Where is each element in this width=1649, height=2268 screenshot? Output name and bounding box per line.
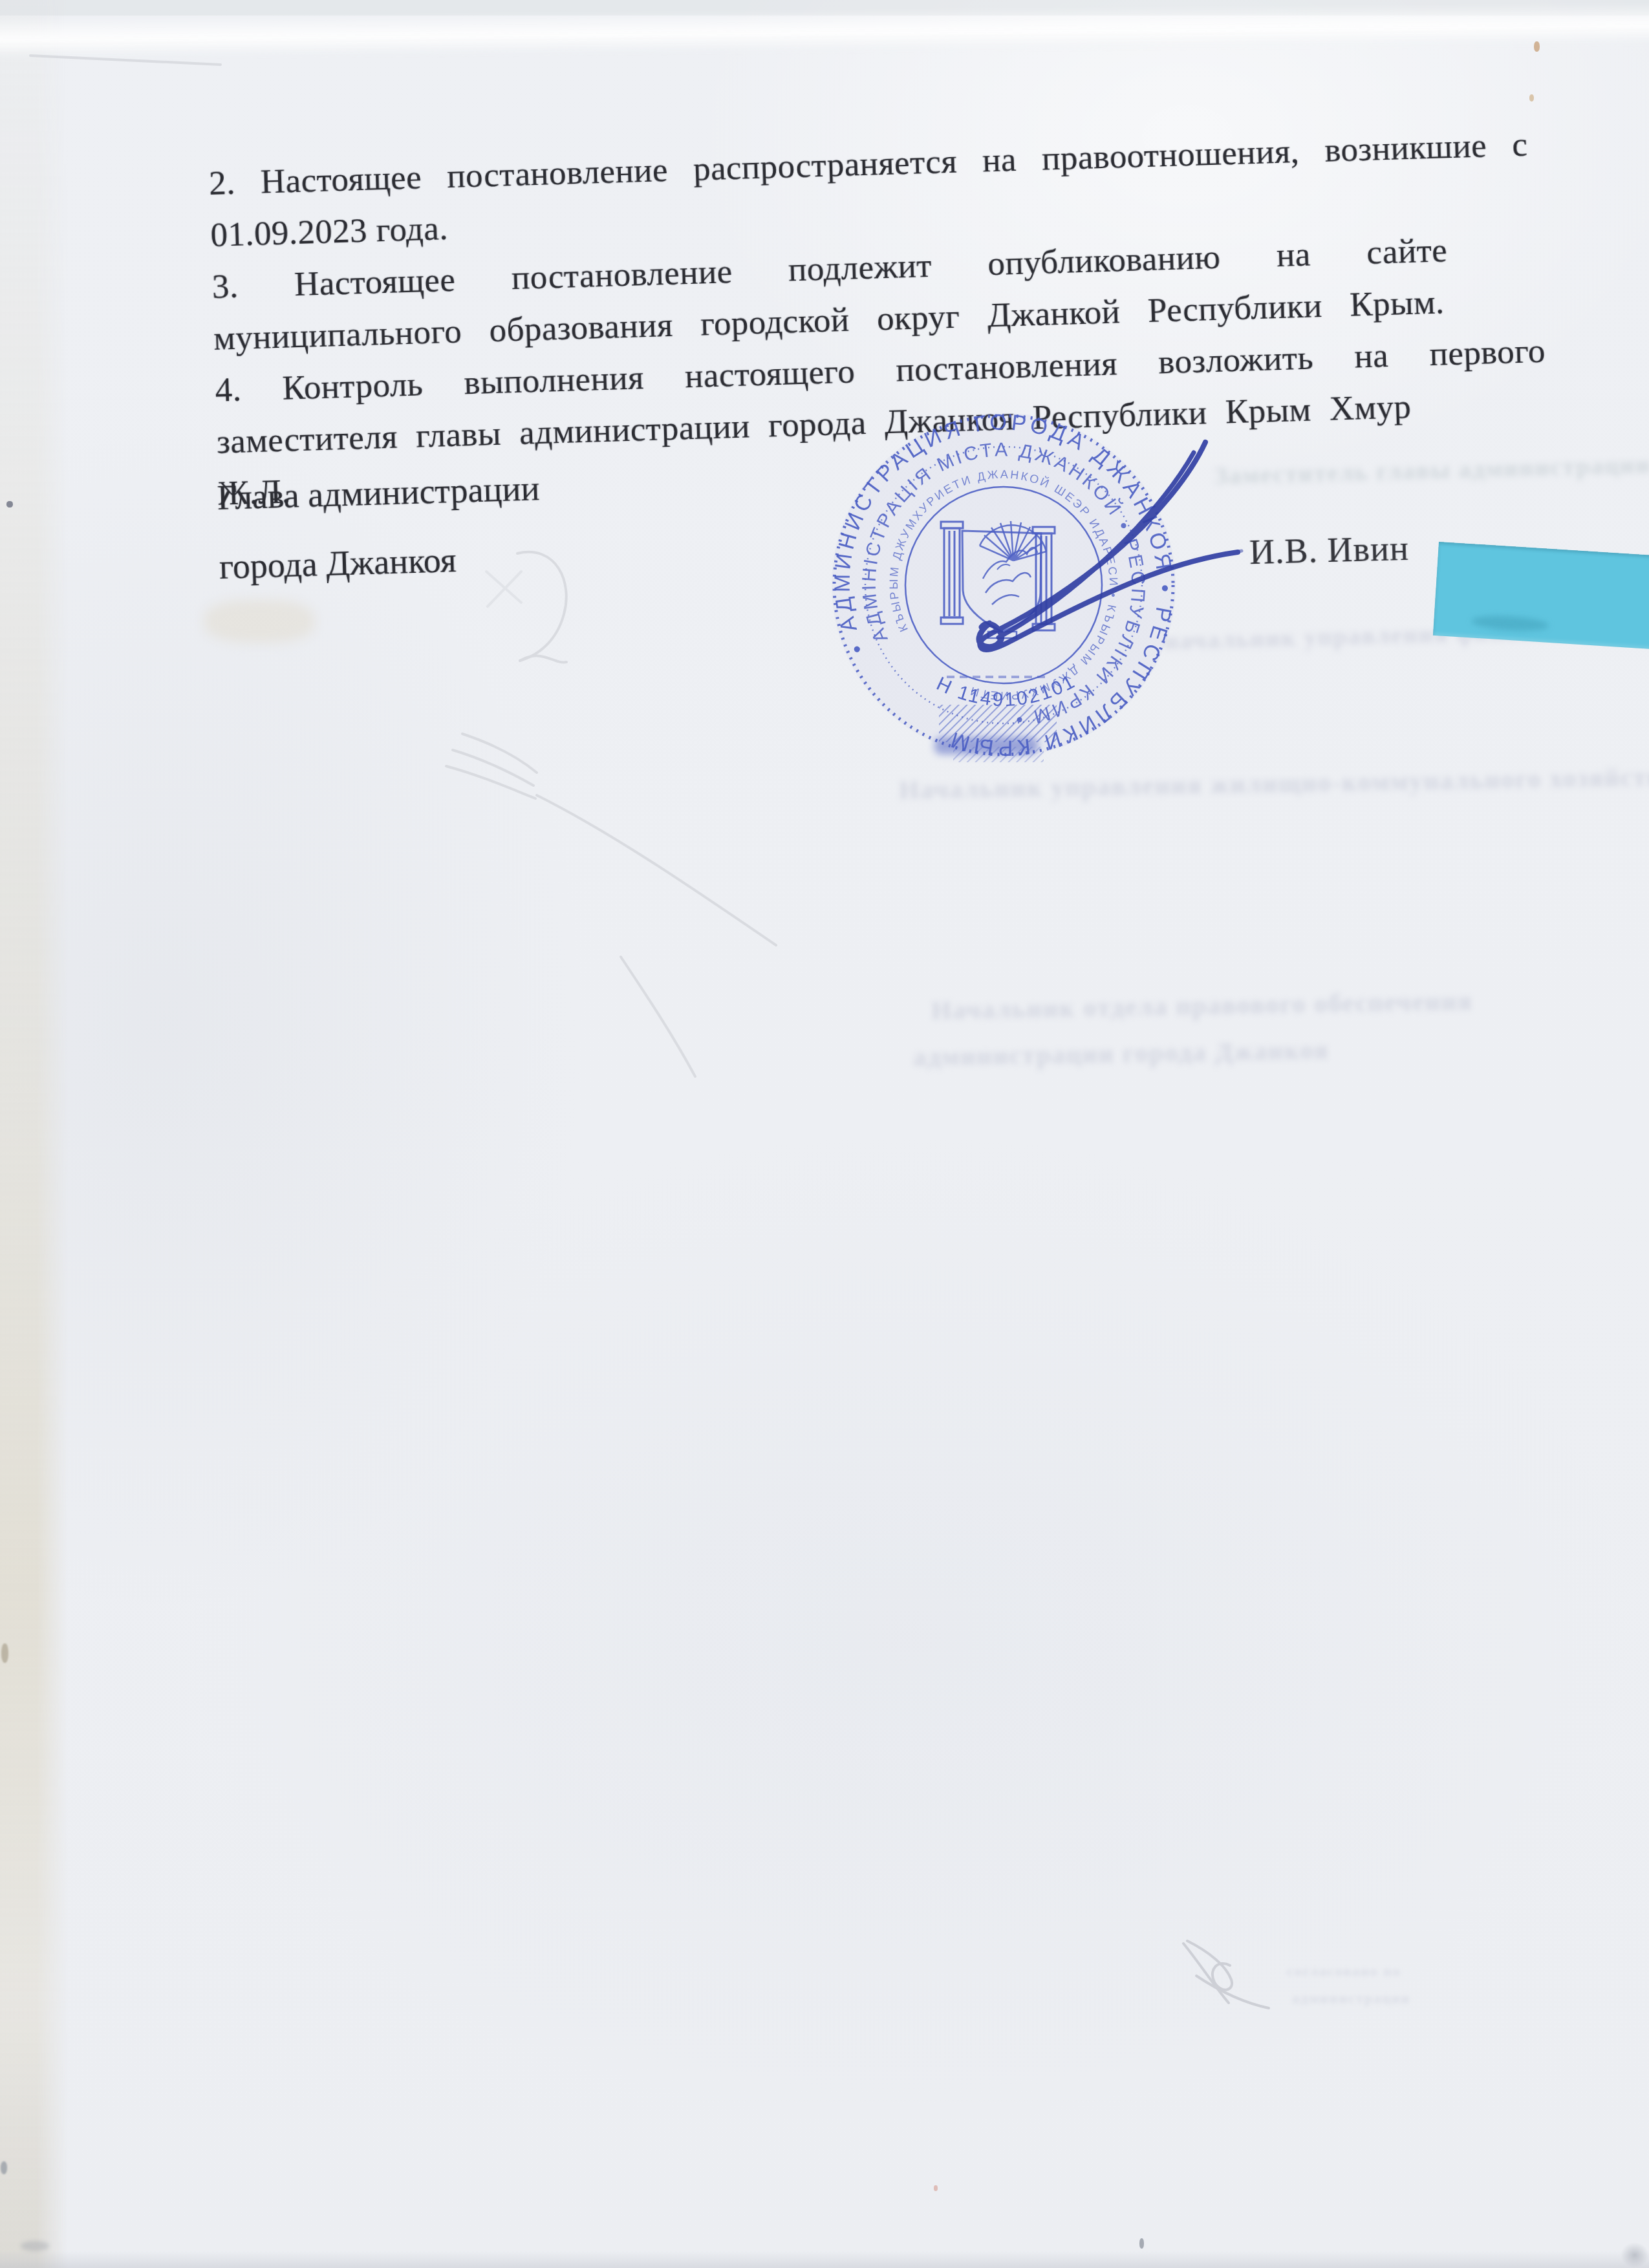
stamp-emblem-rays (980, 521, 1046, 561)
stamp-inner-ring-text: КЪЫРЫМ ДЖУМХУРИЕТИ ДЖАНКОЙ ШЕЭР ИДАРЕСИ … (887, 468, 1120, 703)
faint-pencil-scribble (1183, 1941, 1269, 2008)
edge-speck (1, 1643, 8, 1663)
faint-paper-smudge (204, 600, 314, 643)
scanned-document-page: Заместитель главы администрации начальни… (0, 0, 1649, 2268)
stamp-emblem-shield (962, 531, 1041, 638)
signer-name: И.В. Ивин (1249, 528, 1409, 572)
ghost-text-line: согласовано по (1287, 1963, 1401, 1980)
edge-speck (1, 2161, 7, 2174)
stamp-small-number-row (947, 676, 1045, 678)
bottom-left-smudge (21, 2241, 49, 2251)
ghost-text-line: администрации (1292, 1990, 1410, 2007)
ghost-text-line: Начальник управления жилищно-коммунально… (899, 762, 1649, 806)
edge-speck (6, 501, 13, 508)
paper-speck (1534, 41, 1540, 52)
sticky-note-smudge (1471, 614, 1549, 632)
sticky-note-tab (1433, 542, 1649, 649)
bottom-right-corner-shadow (1621, 2242, 1649, 2268)
ink-show-through-smear (934, 737, 1038, 754)
resolution-body-text: 2. Настоящее постановление распространяе… (208, 118, 1564, 519)
paper-speck (934, 2185, 938, 2191)
ghost-text-line: Начальник отдела правового обеспечения (931, 986, 1473, 1026)
signature-title-block: Глава администрации города Джанкоя (217, 469, 542, 586)
bottom-scan-edge (0, 2251, 1649, 2268)
stamp-emblem-columns (941, 522, 1055, 630)
ghost-text-line: администрации города Джанкоя (913, 1034, 1330, 1072)
paper-speck (1139, 2238, 1144, 2249)
signer-position-line: города Джанкоя (219, 538, 542, 586)
paper-speck (1529, 94, 1534, 102)
left-scan-edge-shading (0, 0, 67, 2268)
